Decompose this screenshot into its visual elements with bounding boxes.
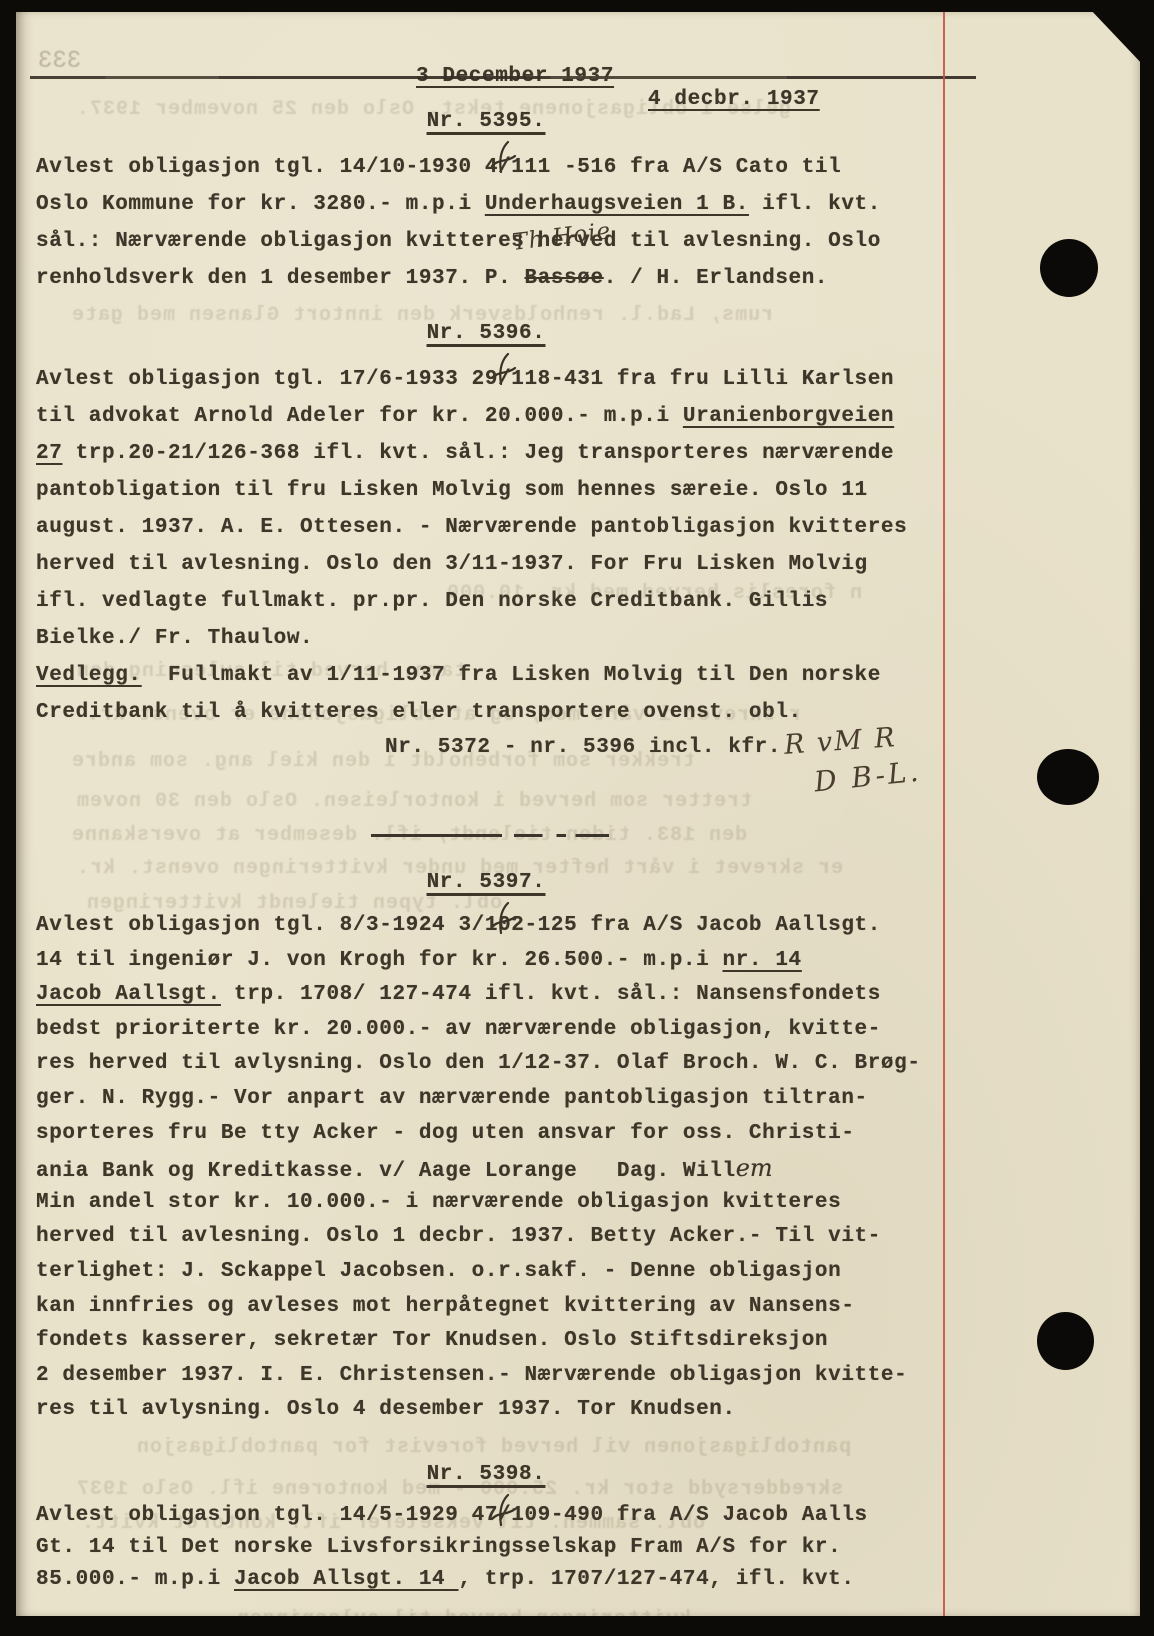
- text-line: 2 desember 1937. I. E. Christensen.- Nær…: [36, 1359, 936, 1394]
- text-line: til advokat Arnold Adeler for kr. 20.000…: [36, 398, 936, 435]
- typewritten-text: sporteres fru Be tty Acker - dog uten an…: [36, 1122, 855, 1145]
- text-line: ger. N. Rygg.- Vor anpart av nærværende …: [36, 1082, 936, 1117]
- text-line: ania Bank og Kreditkasse. v/ Aage Lorang…: [36, 1151, 936, 1186]
- text-line: ifl. vedlagte fullmakt. pr.pr. Den norsk…: [36, 583, 936, 620]
- typewritten-text: fondets kasserer, sekretær Tor Knudsen. …: [36, 1329, 828, 1352]
- text-line: Avlest obligasjon tgl. 17/6-1933 29/118-…: [36, 361, 936, 398]
- text-line: Gt. 14 til Det norske Livsforsikringssel…: [36, 1532, 936, 1564]
- text-line: bedst prioriterte kr. 20.000.- av nærvær…: [36, 1013, 936, 1048]
- typewritten-text: sål.: Nærværende obligasjon kvitteres he…: [36, 230, 881, 253]
- typewritten-text: Avlest obligasjon tgl. 8/3-1924 3/102-12…: [36, 914, 881, 937]
- typewritten-text: res til avlysning. Oslo 4 desember 1937.…: [36, 1398, 736, 1421]
- registrar-initials-signature: R vM R: [783, 722, 898, 761]
- text-line: terlighet: J. Sckappel Jacobsen. o.r.sak…: [36, 1255, 936, 1290]
- typewritten-text: august. 1937. A. E. Ottesen. - Nærværend…: [36, 516, 907, 539]
- entry-number: Nr. 5395.: [36, 105, 936, 143]
- section-divider: [371, 834, 609, 837]
- typewritten-text: herved til avlesning. Oslo 1 decbr. 1937…: [36, 1225, 881, 1248]
- header-rule: [30, 76, 976, 79]
- scanned-page: 333 gelse i obligasjonene tekst. Oslo de…: [16, 12, 1140, 1616]
- text-line: res herved til avlysning. Oslo den 1/12-…: [36, 1047, 936, 1082]
- punch-hole: [1037, 749, 1099, 805]
- typewritten-text: nr. 14: [723, 949, 802, 972]
- text-line: herved til avlesning. Oslo 1 decbr. 1937…: [36, 1220, 936, 1255]
- typewritten-text: pantobligation til fru Lisken Molvig som…: [36, 479, 868, 502]
- text-line: fondets kasserer, sekretær Tor Knudsen. …: [36, 1324, 936, 1359]
- text-line: Avlest obligasjon tgl. 8/3-1924 3/102-12…: [36, 909, 936, 944]
- typewritten-text: kan innfries og avleses mot herpåtegnet …: [36, 1295, 855, 1318]
- text-line: kan innfries og avleses mot herpåtegnet …: [36, 1290, 936, 1325]
- typewritten-text: Vedlegg.: [36, 664, 142, 687]
- text-line: herved til avlesning. Oslo den 3/11-1937…: [36, 546, 936, 583]
- text-line: res til avlysning. Oslo 4 desember 1937.…: [36, 1393, 936, 1428]
- text-line: august. 1937. A. E. Ottesen. - Nærværend…: [36, 509, 936, 546]
- typewritten-text: ifl. kvt.: [749, 193, 881, 216]
- text-line: pantobligation til fru Lisken Molvig som…: [36, 472, 936, 509]
- text-line: Jacob Aallsgt. trp. 1708/ 127-474 ifl. k…: [36, 978, 936, 1013]
- typewritten-text: Oslo Kommune for kr. 3280.- m.p.i: [36, 193, 485, 216]
- text-line: Vedlegg. Fullmakt av 1/11-1937 fra Liske…: [36, 657, 936, 694]
- typewritten-text: til advokat Arnold Adeler for kr. 20.000…: [36, 405, 683, 428]
- typewritten-text: Bassøe: [524, 267, 603, 290]
- entry-number-label: Nr. 5396.: [427, 322, 546, 345]
- typewritten-text: renholdsverk den 1 desember 1937. P.: [36, 267, 524, 290]
- bleedthrough-text: pantobligasjonen vil herved forevist for…: [136, 1436, 851, 1459]
- text-line: 85.000.- m.p.i Jacob Allsgt. 14 , trp. 1…: [36, 1564, 936, 1596]
- typewritten-text: bedst prioriterte kr. 20.000.- av nærvær…: [36, 1018, 881, 1041]
- typewritten-text: Jacob Allsgt. 14: [234, 1568, 458, 1591]
- text-line: Avlest obligasjon tgl. 14/10-1930 4/111 …: [36, 149, 936, 186]
- text-line: Min andel stor kr. 10.000.- i nærværende…: [36, 1186, 936, 1221]
- handwritten-text: em: [736, 1154, 773, 1182]
- typewritten-text: ifl. vedlagte fullmakt. pr.pr. Den norsk…: [36, 590, 828, 613]
- typewritten-text: trp.20-21/126-368 ifl. kvt. sål.: Jeg tr…: [62, 442, 894, 465]
- text-line: Avlest obligasjon tgl. 14/5-1929 47/109-…: [36, 1500, 936, 1532]
- bleedthrough-text: tretter som herved i kontorleisen. Oslo …: [76, 790, 752, 813]
- text-line: 27 trp.20-21/126-368 ifl. kvt. sål.: Jeg…: [36, 435, 936, 472]
- entry-text: Avlest obligasjon tgl. 8/3-1924 3/102-12…: [36, 909, 936, 1428]
- entry-number-label: Nr. 5395.: [427, 110, 546, 133]
- typewritten-text: Min andel stor kr. 10.000.- i nærværende…: [36, 1191, 841, 1214]
- text-line: Bielke./ Fr. Thaulow.: [36, 620, 936, 657]
- text-line: sål.: Nærværende obligasjon kvitteres he…: [36, 223, 936, 260]
- typewritten-text: ger. N. Rygg.- Vor anpart av nærværende …: [36, 1087, 868, 1110]
- typewritten-text: res herved til avlysning. Oslo den 1/12-…: [36, 1052, 921, 1075]
- text-line: renholdsverk den 1 desember 1937. P. Bas…: [36, 260, 936, 297]
- punch-hole: [1037, 1312, 1094, 1370]
- punch-hole: [1040, 239, 1098, 297]
- entry-number: Nr. 5396.: [36, 317, 936, 355]
- typewritten-text: 14 til ingeniør J. von Krogh for kr. 26.…: [36, 949, 723, 972]
- registry-entry: Nr. 5395. Avlest obligasjon tgl. 14/10-1…: [36, 105, 936, 297]
- typewritten-text: ania Bank og Kreditkasse. v/ Aage Lorang…: [36, 1160, 736, 1183]
- typewritten-text: Uranienborgveien: [683, 405, 894, 428]
- typewritten-text: herved til avlesning. Oslo den 3/11-1937…: [36, 553, 868, 576]
- registry-entry: Nr. 5398. Avlest obligasjon tgl. 14/5-19…: [36, 1458, 936, 1596]
- typewritten-text: Avlest obligasjon tgl. 14/5-1929 47/109-…: [36, 1504, 868, 1527]
- registry-entry: Nr. 5396. Avlest obligasjon tgl. 17/6-19…: [36, 317, 936, 731]
- text-line: 14 til ingeniør J. von Krogh for kr. 26.…: [36, 944, 936, 979]
- entry-text: Avlest obligasjon tgl. 14/10-1930 4/111 …: [36, 149, 936, 297]
- typewritten-text: Creditbank til å kvitteres eller transpo…: [36, 701, 802, 724]
- typewritten-text: 85.000.- m.p.i: [36, 1568, 234, 1591]
- summary-line: Nr. 5372 - nr. 5396 incl. kfr.: [385, 736, 781, 759]
- text-line: Oslo Kommune for kr. 3280.- m.p.i Underh…: [36, 186, 936, 223]
- entry-number-label: Nr. 5398.: [427, 1463, 546, 1486]
- text-line: sporteres fru Be tty Acker - dog uten an…: [36, 1117, 936, 1152]
- typewritten-text: . / H. Erlandsen.: [604, 267, 828, 290]
- entry-number-label: Nr. 5397.: [427, 871, 546, 894]
- typewritten-text: Avlest obligasjon tgl. 14/10-1930 4/111 …: [36, 156, 841, 179]
- typewritten-text: Avlest obligasjon tgl. 17/6-1933 29/118-…: [36, 368, 894, 391]
- entry-number: Nr. 5397.: [36, 866, 936, 904]
- text-line: Creditbank til å kvitteres eller transpo…: [36, 694, 936, 731]
- entry-number: Nr. 5398.: [36, 1458, 936, 1496]
- typewritten-text: trp. 1708/ 127-474 ifl. kvt. sål.: Nanse…: [221, 983, 881, 1006]
- registry-entry: Nr. 5397. Avlest obligasjon tgl. 8/3-192…: [36, 866, 936, 1428]
- typewritten-text: Jacob Aallsgt.: [36, 983, 221, 1006]
- typewritten-text: Bielke./ Fr. Thaulow.: [36, 627, 313, 650]
- typewritten-text: Fullmakt av 1/11-1937 fra Lisken Molvig …: [142, 664, 881, 687]
- typewritten-text: Underhaugsveien 1 B.: [485, 193, 749, 216]
- typewritten-text: , trp. 1707/127-474, ifl. kvt.: [458, 1568, 854, 1591]
- typewritten-text: 2 desember 1937. I. E. Christensen.- Nær…: [36, 1364, 907, 1387]
- typewritten-text: 27: [36, 442, 62, 465]
- registrar-initials-signature: D B-L.: [813, 754, 923, 798]
- entry-text: Avlest obligasjon tgl. 14/5-1929 47/109-…: [36, 1500, 936, 1596]
- margin-rule: [943, 12, 945, 1616]
- bleedthrough-text: kvitteringen herved til avlesningen: [236, 1608, 691, 1631]
- typewritten-text: Gt. 14 til Det norske Livsforsikringssel…: [36, 1536, 841, 1559]
- typewritten-text: terlighet: J. Sckappel Jacobsen. o.r.sak…: [36, 1260, 841, 1283]
- entry-text: Avlest obligasjon tgl. 17/6-1933 29/118-…: [36, 361, 936, 731]
